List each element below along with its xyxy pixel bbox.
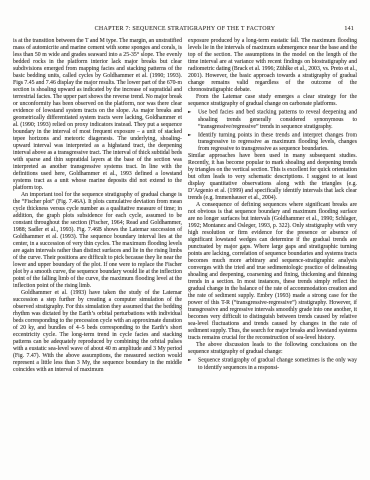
body-paragraph: Similar approaches have been used in man… — [188, 153, 357, 202]
bullet-triangle-icon: ► — [188, 356, 198, 363]
bullet-triangle-icon: ► — [188, 131, 198, 138]
body-paragraph: The above discussion leads to the follow… — [188, 342, 357, 356]
bullet-item-text: Use bed facies and bed stacking patterns… — [198, 110, 357, 130]
book-page: CHAPTER 7: SEQUENCE STRATIGRAPHY OF THE … — [0, 0, 370, 480]
bullet-item: ►Use bed facies and bed stacking pattern… — [188, 108, 357, 131]
body-paragraph: An important tool for the sequence strat… — [13, 192, 182, 290]
chapter-header: CHAPTER 7: SEQUENCE STRATIGRAPHY OF THE … — [14, 26, 356, 32]
body-paragraph: A consequence of defining sequences wher… — [188, 202, 357, 342]
body-paragraph: Goldhammer et al. (1993) have taken the … — [13, 290, 182, 374]
bullet-item: ►Identify turning points in these trends… — [188, 131, 357, 154]
body-paragraph: From the Latemar case study emerges a cl… — [188, 94, 357, 108]
bullet-triangle-icon: ► — [188, 108, 198, 115]
bullet-item: ►Sequence stratigraphy of gradual change… — [188, 356, 357, 372]
body-paragraph: exposure produced by a long-term eustati… — [188, 38, 357, 94]
bullet-item-text: Identify turning points in these trends … — [198, 132, 357, 152]
text-columns: is at the transition between the T and M… — [13, 38, 357, 374]
column-right: exposure produced by a long-term eustati… — [188, 38, 357, 374]
bullet-item-text: Sequence stratigraphy of gradual change … — [198, 358, 357, 371]
page-number: 141 — [344, 26, 354, 32]
column-left: is at the transition between the T and M… — [13, 38, 182, 374]
body-paragraph: is at the transition between the T and M… — [13, 38, 182, 192]
